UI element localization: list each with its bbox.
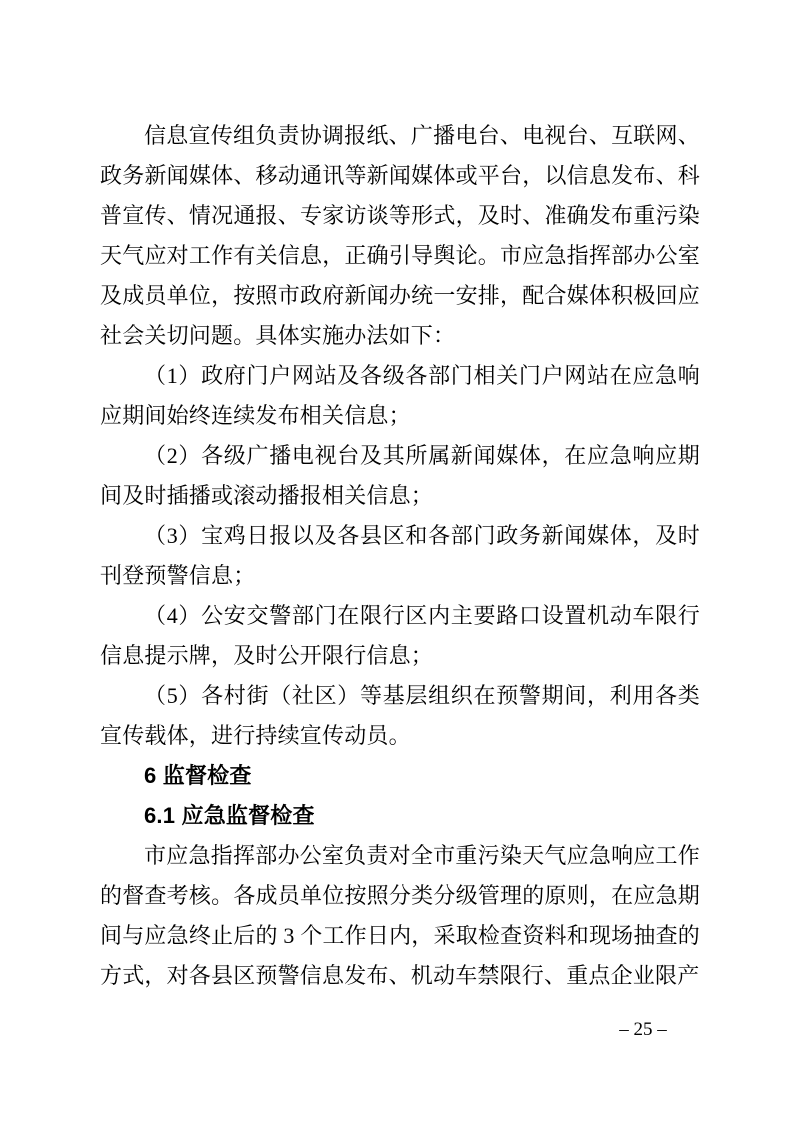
- paragraph-item-1-gov-portals: （1）政府门户网站及各级各部门相关门户网站在应急响应期间始终连续发布相关信息；: [100, 356, 700, 436]
- heading-section-6-supervision: 6 监督检查: [100, 756, 700, 796]
- paragraph-item-2-broadcast: （2）各级广播电视台及其所属新闻媒体，在应急响应期间及时插播或滚动播报相关信息；: [100, 436, 700, 516]
- paragraph-supervision-assessment: 市应急指挥部办公室负责对全市重污染天气应急响应工作的督查考核。各成员单位按照分类…: [100, 836, 700, 996]
- document-body: 信息宣传组负责协调报纸、广播电台、电视台、互联网、政务新闻媒体、移动通讯等新闻媒…: [100, 116, 700, 996]
- paragraph-info-publicity-group: 信息宣传组负责协调报纸、广播电台、电视台、互联网、政务新闻媒体、移动通讯等新闻媒…: [100, 116, 700, 356]
- paragraph-item-3-baoji-daily: （3）宝鸡日报以及各县区和各部门政务新闻媒体，及时刊登预警信息；: [100, 516, 700, 596]
- page-number: – 25 –: [608, 1019, 678, 1041]
- heading-section-6-1-emergency-supervision: 6.1 应急监督检查: [100, 796, 700, 836]
- document-page: 信息宣传组负责协调报纸、广播电台、电视台、互联网、政务新闻媒体、移动通讯等新闻媒…: [0, 0, 800, 1131]
- paragraph-item-5-communities: （5）各村街（社区）等基层组织在预警期间，利用各类宣传载体，进行持续宣传动员。: [100, 676, 700, 756]
- paragraph-item-4-traffic-police: （4）公安交警部门在限行区内主要路口设置机动车限行信息提示牌，及时公开限行信息；: [100, 596, 700, 676]
